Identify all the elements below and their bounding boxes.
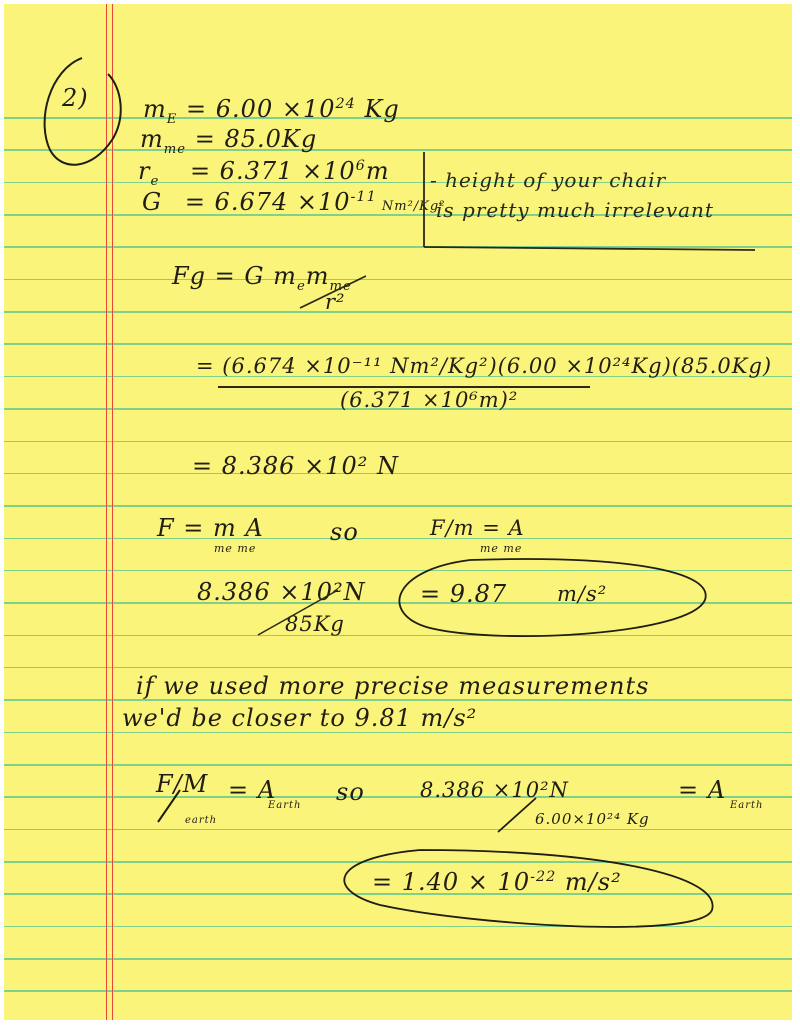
problem-number: 2) [62, 84, 89, 112]
rearranged-subscripts: me me [480, 542, 522, 555]
accel-me-numerator: 8.386 ×10²N [197, 578, 366, 606]
ruled-line [4, 990, 792, 992]
ruled-line [4, 958, 792, 960]
given-my-mass: mme = 85.0Kg [140, 125, 317, 157]
ruled-line [4, 602, 792, 604]
earth-accel-denominator: 6.00×10²⁴ Kg [535, 810, 650, 828]
earth-accel-subscript: Earth [268, 800, 302, 811]
ruled-line [4, 764, 792, 766]
side-note-line-1: - height of your chair [430, 168, 666, 192]
ruled-line [4, 441, 792, 443]
comment-line-2: we'd be closer to 9.81 m/s² [122, 704, 477, 732]
gravity-formula-denominator: r² [325, 290, 345, 314]
accel-me-unit: m/s² [557, 582, 607, 606]
ruled-line [4, 667, 792, 669]
accel-me-result: = 9.87 [420, 580, 507, 608]
given-gravitational-constant: G = 6.674 ×10-11 Nm²/Kg² [142, 188, 445, 216]
earth-force-over-mass: F/M [156, 770, 208, 798]
ruled-line [4, 246, 792, 248]
earth-accel-rhs-subscript: Earth [730, 800, 764, 811]
accel-earth-result: = 1.40 × 10-22 m/s² [372, 868, 622, 896]
ruled-line [4, 149, 792, 151]
so-word-1: so [330, 518, 359, 546]
given-earth-mass: mE = 6.00 ×1024 Kg [143, 95, 400, 127]
ruled-line [4, 538, 792, 540]
ruled-line [4, 796, 792, 798]
given-earth-radius: re = 6.371 ×106m [138, 157, 390, 189]
side-note-line-2: is pretty much irrelevant [436, 198, 714, 222]
earth-mass-subscript: earth [185, 815, 217, 826]
ruled-line [4, 829, 792, 831]
substitution-denominator: (6.371 ×10⁶m)² [340, 388, 518, 412]
ruled-line [4, 505, 792, 507]
margin-line-left [106, 4, 107, 1020]
substitution-numerator: = (6.674 ×10⁻¹¹ Nm²/Kg²)(6.00 ×10²⁴Kg)(8… [196, 354, 772, 378]
newton-second-law: F = m A [157, 514, 264, 542]
so-word-2: so [336, 778, 365, 806]
ruled-line [4, 279, 792, 281]
ruled-line [4, 182, 792, 184]
earth-accel-rhs: = A [678, 776, 726, 804]
margin-line-right [112, 4, 113, 1020]
ruled-line [4, 926, 792, 928]
comment-line-1: if we used more precise measurements [136, 672, 649, 700]
ruled-line [4, 635, 792, 637]
force-result: = 8.386 ×10² N [192, 452, 399, 480]
ruled-line [4, 861, 792, 863]
ruled-line [4, 311, 792, 313]
accel-me-denominator: 85Kg [285, 612, 345, 636]
ruled-line [4, 570, 792, 572]
rearranged-law: F/m = A [430, 516, 525, 540]
earth-accel-numerator: 8.386 ×10²N [420, 778, 569, 802]
ruled-line [4, 343, 792, 345]
newton-subscripts: me me [214, 542, 256, 555]
